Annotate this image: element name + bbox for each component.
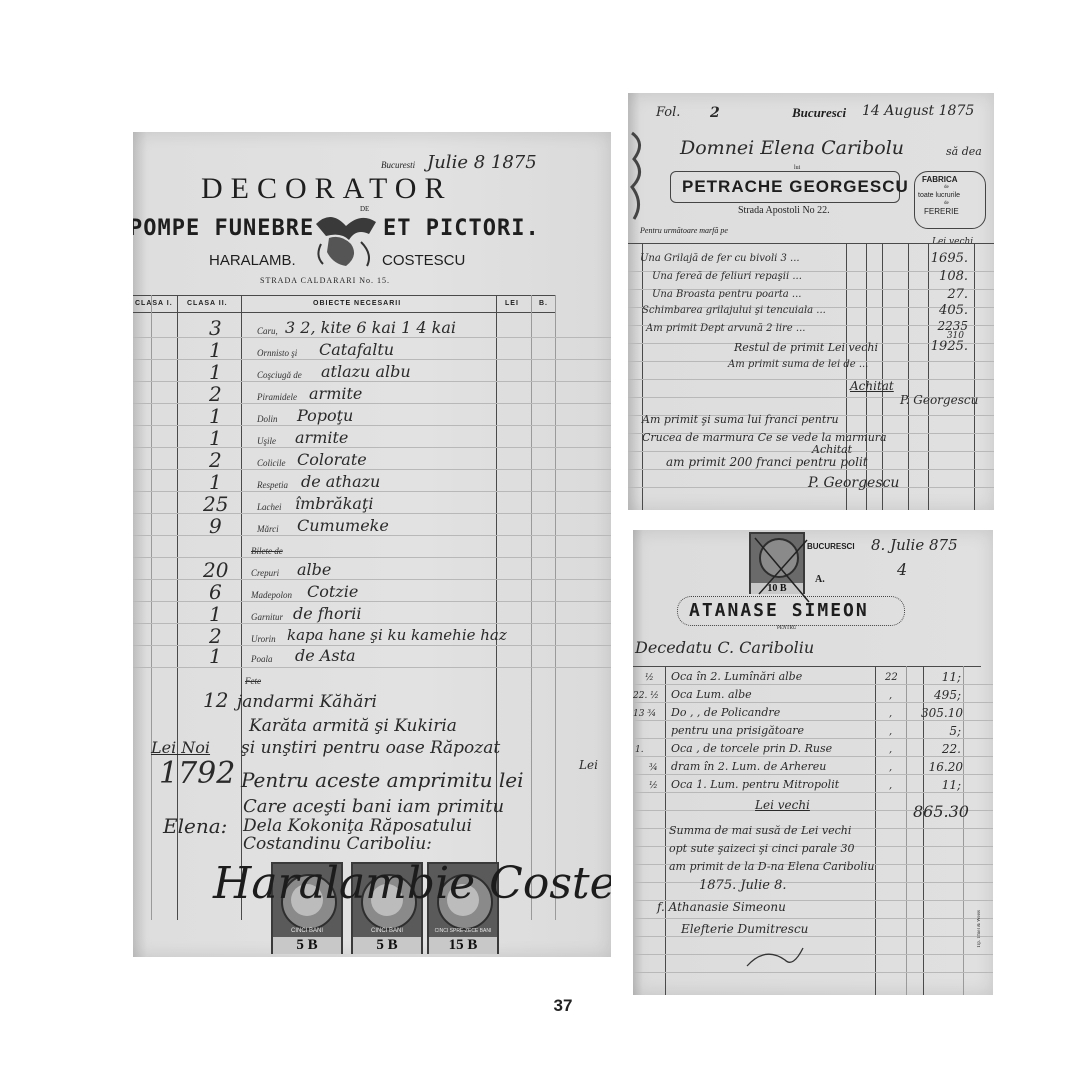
ruled-line	[633, 774, 993, 775]
firm-name: PETRACHE GEORGESCU	[682, 177, 909, 197]
col-header-bani: B.	[539, 300, 548, 307]
line-text: Oca Lum. albe	[671, 688, 752, 701]
col-header-clasa-1: CLASA I.	[135, 300, 173, 307]
margin-name: Elena:	[163, 814, 227, 838]
ruled-line	[633, 882, 993, 883]
signature: Elefterie Dumitrescu	[681, 922, 808, 936]
note-line: opt sute şaizeci şi cinci parale 30	[669, 842, 854, 855]
col-header-obiecte: OBIECTE NECESARII	[313, 300, 401, 307]
item-label: Colicile	[257, 458, 286, 468]
item-handwritten: armite	[309, 384, 362, 403]
ruled-line	[133, 469, 611, 470]
item-qty: 2	[209, 448, 222, 472]
recipient: Decedatu C. Cariboliu	[635, 638, 814, 657]
signature: P. Georgescu	[900, 393, 978, 407]
item-qty: 1	[209, 360, 222, 384]
col-divider	[875, 666, 876, 995]
stamp-text: CINCI BANI	[353, 928, 421, 934]
item-label: Crepuri	[251, 568, 279, 578]
addressee: Domnei Elena Caribolu	[680, 137, 904, 159]
ruled-line	[133, 623, 611, 624]
stamp-text: CINCI SPRE-ZECE BANI	[429, 928, 497, 934]
line-price: ,	[889, 708, 892, 719]
date-handwritten: 8. Julie 875	[871, 536, 958, 554]
firm-prefix: A.	[815, 574, 825, 585]
line-text: Oca , de torcele prin D. Ruse	[671, 742, 832, 755]
item-handwritten: 3 2, kite 6 kai 1 4 kai	[285, 318, 456, 337]
note-line: am primit de la D-na Elena Cariboliu	[669, 860, 874, 873]
line-text: Am primit Dept arvună 2 lire ...	[646, 323, 805, 334]
decorator-invoice-document: Bucuresti Julie 8 1875 DECORATOR DE POMP…	[133, 132, 611, 957]
note-line: Care aceşti bani iam primitu	[243, 796, 504, 817]
item-label-struck: Bilete de	[251, 546, 283, 556]
item-qty: 12	[203, 688, 228, 712]
line-amount: 1925.	[928, 339, 968, 354]
line-qty: ½	[649, 781, 658, 791]
item-handwritten: de fhorii	[293, 604, 362, 623]
line-text: Una Grilajă de fer cu bivoli 3 ...	[640, 253, 800, 264]
address: STRADA CALDARARI No. 15.	[260, 276, 390, 285]
line-text: Restul de primit Lei vechi	[734, 341, 878, 354]
line-price: ,	[889, 690, 892, 701]
col-divider	[906, 666, 907, 995]
line-qty: ½	[645, 673, 654, 683]
line-text: Una fereă de feliuri repaşii ...	[652, 271, 802, 282]
sa-dea: să dea	[946, 145, 982, 158]
line-amount: 5;	[925, 724, 961, 738]
item-handwritten: Cumumeke	[297, 516, 389, 535]
item-handwritten: Catafaltu	[319, 340, 394, 359]
col-divider	[555, 295, 556, 920]
simeon-invoice-document: 10 B BUCURESCI 8. Julie 875 4 A. ATANASE…	[633, 530, 993, 995]
table-top-border	[133, 295, 555, 296]
item-qty: 6	[209, 580, 222, 604]
line-amount: 27.	[928, 287, 968, 302]
owner-last-name: COSTESCU	[382, 252, 465, 269]
line-price: 22	[885, 672, 898, 683]
page-number: 37	[540, 996, 586, 1016]
letterhead-pompe-funebre: POMPE FUNEBRE	[133, 216, 314, 241]
ruled-line	[633, 918, 993, 919]
signature: P. Georgescu	[808, 475, 899, 491]
letterhead-pictori: ET PICTORI.	[383, 216, 540, 241]
ruled-line	[633, 756, 993, 757]
item-handwritten: albe	[297, 560, 331, 579]
note-line: am primit 200 franci pentru polit	[666, 455, 868, 469]
ruled-line	[133, 535, 611, 536]
total-label: Lei vechi	[755, 798, 810, 812]
line-qty: 1.	[635, 745, 644, 755]
pentru-label: Pentru următoare marfă pe	[640, 226, 728, 235]
item-label: Poala	[251, 654, 273, 664]
note-line: Dela Kokoniţa Răposatului	[243, 816, 472, 836]
ruled-line	[628, 379, 994, 380]
ornament-icon	[628, 123, 650, 223]
item-handwritten: Colorate	[297, 450, 367, 469]
stamp-value: 5 B	[273, 937, 341, 954]
ruled-line	[133, 403, 611, 404]
letterhead-title: DECORATOR	[201, 172, 452, 206]
line-text: dram în 2. Lum. de Arhereu	[671, 760, 826, 773]
line-text: pentru una prisigătoare	[671, 724, 804, 737]
item-handwritten: kapa hane şi ku kamehie haz	[287, 626, 507, 644]
col-divider	[241, 295, 242, 920]
ruled-line	[628, 451, 994, 452]
item-qty: 25	[203, 492, 228, 516]
item-label: Caru,	[257, 326, 278, 336]
line-text: Achitat	[850, 379, 894, 393]
stamp-value: 5 B	[353, 937, 421, 954]
folio-number: 4	[897, 560, 907, 579]
line-amount: 495;	[925, 688, 961, 702]
item-label: Mărci	[257, 524, 279, 534]
item-handwritten: jandarmi Kăhări	[237, 692, 377, 712]
signature: f. Athanasie Simeonu	[657, 900, 786, 914]
date-place: Bucuresti	[381, 160, 415, 170]
line-text: Una Broasta pentru poarta ...	[652, 289, 801, 300]
margin-lei-noi: Lei Noi	[151, 738, 210, 757]
ruled-line	[628, 469, 994, 470]
line-text: Schimbarea grilajului şi tencuiala ...	[642, 305, 826, 316]
line-price: ,	[889, 726, 892, 737]
item-qty: 9	[209, 514, 222, 538]
ruled-line	[633, 702, 993, 703]
line-qty: ¾	[649, 763, 658, 773]
line-price: ,	[889, 744, 892, 755]
angel-emblem-icon	[311, 204, 381, 274]
flourish-icon	[745, 942, 805, 972]
fabrica-line: toate lucrurile	[918, 192, 960, 199]
item-qty: 20	[203, 558, 228, 582]
note-line: Am primit şi suma lui franci pentru	[642, 413, 839, 426]
item-qty: 1	[209, 470, 222, 494]
line-amount: 305.10	[915, 706, 963, 720]
revenue-stamp: 10 B	[749, 532, 805, 594]
item-qty: 2	[209, 382, 222, 406]
georgescu-invoice-document: Fol. 2 Bucuresci 14 August 1875 Domnei E…	[628, 93, 994, 510]
ruled-line	[133, 359, 611, 360]
ruled-line	[133, 425, 611, 426]
pentru-label: PENTRU	[777, 626, 796, 631]
ruled-line	[133, 667, 611, 668]
line-text: Oca în 2. Lumînări albe	[671, 670, 802, 683]
line-price: ,	[889, 762, 892, 773]
table-top-border	[628, 243, 994, 244]
ruled-line	[133, 337, 611, 338]
note-line: Karăta armită şi Kukiria	[249, 716, 457, 736]
ruled-line	[633, 684, 993, 685]
firm-street: Strada Apostoli No 22.	[738, 205, 830, 216]
folio-number: 2	[710, 105, 720, 121]
line-qty: 13 ¾	[633, 709, 656, 719]
ruled-line	[133, 645, 611, 646]
item-qty: 1	[209, 426, 222, 450]
item-qty: 1	[209, 338, 222, 362]
item-handwritten: îmbrăkaţi	[295, 494, 374, 513]
ruled-line	[133, 447, 611, 448]
item-label: Respetia	[257, 480, 288, 490]
item-label: Ornnisto şi	[257, 348, 297, 358]
ruled-line	[633, 936, 993, 937]
fabrica-line: de	[944, 185, 949, 190]
line-amount: 108.	[928, 269, 968, 284]
note-line: Costandinu Cariboliu:	[243, 834, 432, 854]
city: BUCURESCI	[807, 542, 855, 551]
col-header-lei: LEI	[505, 300, 519, 307]
item-handwritten: atlazu albu	[321, 362, 411, 381]
item-qty: 1	[209, 602, 222, 626]
cancel-cross-icon	[751, 534, 811, 604]
signature: Haralambie Costescu	[213, 858, 611, 909]
stamp-text: CINCI BANI	[273, 928, 341, 934]
col-divider	[531, 295, 532, 920]
owner-first-name: HARALAMB.	[209, 252, 296, 269]
margin-total: 1792	[159, 756, 235, 791]
line-text: Do , , de Policandre	[671, 706, 780, 719]
item-label: Dolin	[257, 414, 278, 424]
lei-vechi-header: Lei vechi	[932, 237, 973, 247]
fabrica-line: de	[944, 201, 949, 206]
item-handwritten: Popoţu	[297, 406, 353, 425]
note-date: 1875. Julie 8.	[699, 878, 786, 893]
item-label: Urorin	[251, 634, 276, 644]
item-label: Uşile	[257, 436, 276, 446]
col-divider	[963, 666, 964, 995]
line-amount: 11;	[925, 670, 961, 684]
line-text: Oca 1. Lum. pentru Mitropolit	[671, 778, 839, 791]
printer-mark: Tip. Thiel & Weiss	[977, 910, 982, 948]
fabrica-line: FABRICA	[922, 175, 958, 184]
line-amount: 16.20	[917, 760, 963, 774]
item-label: Piramidele	[257, 392, 297, 402]
item-qty: 1	[209, 644, 222, 668]
ruled-line	[633, 972, 993, 973]
line-amount: 405.	[928, 303, 968, 318]
item-handwritten: de Asta	[295, 646, 356, 665]
line-text: Am primit suma de lei de ...	[728, 359, 868, 370]
total-amount: 865.30	[913, 802, 965, 821]
table-header-border	[133, 312, 555, 313]
line-amount: 1695.	[928, 251, 968, 266]
item-label: Coşciugă de	[257, 370, 302, 380]
line-price: ,	[889, 780, 892, 791]
table-top-border	[633, 666, 981, 667]
item-label: Madepolon	[251, 590, 292, 600]
item-qty: 3	[209, 316, 222, 340]
date-handwritten: Julie 8 1875	[427, 152, 537, 173]
col-divider	[496, 295, 497, 920]
margin-line	[151, 295, 152, 920]
line-amount: 22.	[925, 742, 961, 756]
col-header-clasa-2: CLASA II.	[187, 300, 228, 307]
item-label: Lachei	[257, 502, 282, 512]
margin-lei: Lei	[579, 758, 598, 772]
item-handwritten: de athazu	[301, 472, 380, 491]
note-line: Summa de mai susă de Lei vechi	[669, 824, 851, 837]
folio-label: Fol.	[656, 105, 680, 120]
line-qty: 22. ½	[633, 691, 659, 701]
stamp-value: 15 B	[429, 937, 497, 954]
note-line: Pentru aceste amprimitu lei	[241, 768, 523, 792]
city: Bucuresci	[792, 105, 846, 121]
note-line: şi unştiri pentru oase Răpozat	[241, 738, 500, 758]
date-handwritten: 14 August 1875	[862, 103, 974, 119]
item-handwritten: Cotzie	[307, 582, 358, 601]
col-divider	[665, 666, 666, 995]
line-amount: 11;	[925, 778, 961, 792]
ruled-line	[133, 601, 611, 602]
ruled-line	[633, 720, 993, 721]
item-label-struck: Fete	[245, 676, 261, 686]
ruled-line	[633, 738, 993, 739]
fabrica-line: FERERIE	[924, 207, 959, 216]
item-handwritten: armite	[295, 428, 348, 447]
item-label: Garnitur	[251, 612, 283, 622]
ruled-line	[633, 792, 993, 793]
ruled-line	[633, 954, 993, 955]
firm-name: ATANASE SIMEON	[689, 600, 869, 621]
ruled-line	[133, 381, 611, 382]
item-qty: 1	[209, 404, 222, 428]
